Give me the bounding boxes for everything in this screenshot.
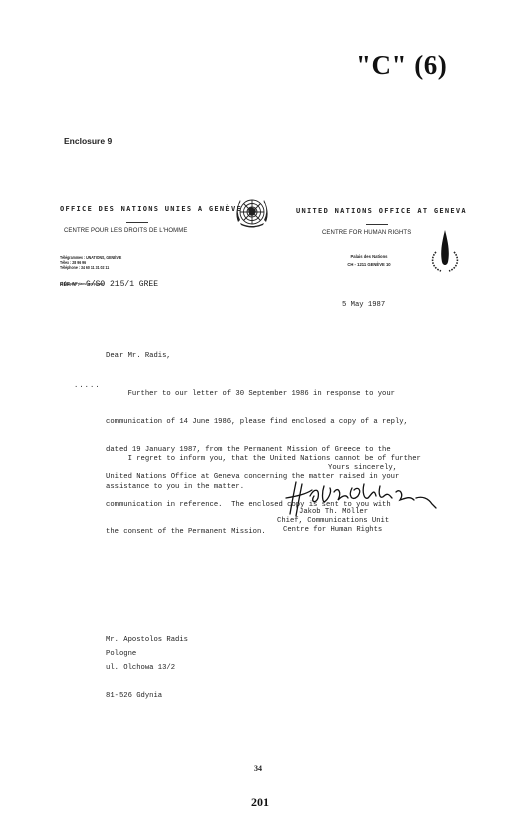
salutation: Dear Mr. Radis, xyxy=(106,352,171,360)
letterhead-left-subtitle: CENTRE POUR LES DROITS DE L'HOMME xyxy=(64,228,187,234)
reference-note: (À rappeler dans la réponse) xyxy=(60,282,105,286)
recipient-city: 81-526 Gdynia xyxy=(106,692,188,701)
margin-mark: ..... xyxy=(74,382,101,390)
outer-page-number: 201 xyxy=(251,795,269,810)
closing: Yours sincerely, xyxy=(328,464,397,472)
letter-date: 5 May 1987 xyxy=(342,301,385,309)
letterhead-left-title: OFFICE DES NATIONS UNIES A GENÈVE xyxy=(60,205,242,213)
letterhead-right-subtitle: CENTRE FOR HUMAN RIGHTS xyxy=(322,230,411,236)
telephone-line: Téléphone : 34 60 11 31 02 11 xyxy=(60,265,121,270)
signatory-title: Chief, Communications Unit xyxy=(277,517,389,525)
office-address-line1: Palais des Nations xyxy=(339,253,399,261)
contact-block: Télégrammes : UNATIONS, GENÈVE Télex : 2… xyxy=(60,255,121,271)
paragraph-1-line: communication of 14 June 1986, please fi… xyxy=(106,418,408,427)
office-address-line2: CH - 1211 GENÈVE 10 xyxy=(339,261,399,269)
letterhead-right-divider xyxy=(366,224,388,225)
enclosure-label: Enclosure 9 xyxy=(64,136,112,146)
recipient-country: Pologne xyxy=(106,650,136,658)
document-code: "C" (6) xyxy=(356,50,447,81)
human-rights-flame-icon xyxy=(427,228,463,276)
recipient-name: Mr. Apostolos Radis xyxy=(106,636,188,645)
office-address: Palais des Nations CH - 1211 GENÈVE 10 xyxy=(339,253,399,269)
letterhead-right-title: UNITED NATIONS OFFICE AT GENEVA xyxy=(296,207,467,215)
letterhead-left-divider xyxy=(126,222,148,223)
recipient-address: Mr. Apostolos Radis ul. Olchowa 13/2 81-… xyxy=(106,618,188,710)
un-emblem-icon xyxy=(232,192,272,232)
recipient-street: ul. Olchowa 13/2 xyxy=(106,664,188,673)
inner-page-number: 34 xyxy=(254,764,262,773)
signatory-name: Jakob Th. Möller xyxy=(299,508,368,516)
signatory-unit: Centre for Human Rights xyxy=(283,526,382,534)
paragraph-1-line: Further to our letter of 30 September 19… xyxy=(106,390,408,399)
